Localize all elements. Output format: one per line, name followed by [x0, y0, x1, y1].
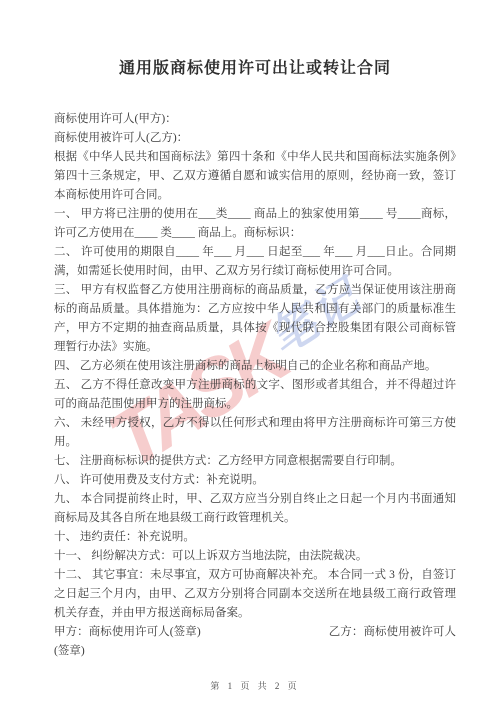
contract-paragraph: 二、 许可使用的期限自____ 年___ 月___ 日起至___ 年___ 月_… [54, 243, 456, 281]
contract-page: TASK笔记 通用版商标使用许可出让或转让合同 商标使用许可人(甲方)：商标使用… [0, 0, 500, 706]
contract-paragraph: 根据《中华人民共和国商标法》第四十条和《中华人民共和国商标法实施条例》第四十三条… [54, 148, 456, 205]
contract-paragraph: 商标使用被许可人(乙方)： [54, 129, 456, 148]
page-number: 第 1 页 共 2 页 [54, 679, 456, 692]
contract-content: 通用版商标使用许可出让或转让合同 商标使用许可人(甲方)：商标使用被许可人(乙方… [0, 0, 500, 692]
contract-title: 通用版商标使用许可出让或转让合同 [54, 56, 456, 82]
contract-paragraph: 四、 乙方必须在使用该注册商标的商品上标明自己的企业名称和商品产地。 [54, 357, 456, 376]
contract-paragraph: 商标使用许可人(甲方)： [54, 110, 456, 129]
contract-body: 商标使用许可人(甲方)：商标使用被许可人(乙方)：根据《中华人民共和国商标法》第… [54, 110, 456, 623]
contract-paragraph: 十、 违约责任：补充说明。 [54, 528, 456, 547]
contract-paragraph: 七、 注册商标标识的提供方式：乙方经甲方同意根据需要自行印制。 [54, 452, 456, 471]
signature-row: 甲方：商标使用许可人(签章)乙方：商标使用被许可人(签章) [54, 623, 456, 661]
contract-paragraph: 十二、 其它事宜：未尽事宜，双方可协商解决补充。 本合同一式 3 份，自签订之日… [54, 566, 456, 623]
contract-paragraph: 五、 乙方不得任意改变甲方注册商标的文字、图形或者其组合，并不得超过许可的商品范… [54, 376, 456, 414]
contract-paragraph: 九、 本合同提前终止时，甲、乙双方应当分别自终止之日起一个月内书面通知商标局及其… [54, 490, 456, 528]
contract-paragraph: 六、 未经甲方授权，乙方不得以任何形式和理由将甲方注册商标许可第三方使用。 [54, 414, 456, 452]
contract-paragraph: 八、 许可使用费及支付方式：补充说明。 [54, 471, 456, 490]
contract-paragraph: 一、 甲方将已注册的使用在___类____ 商品上的独家使用第____ 号___… [54, 205, 456, 243]
contract-paragraph: 十一、 纠纷解决方式：可以上诉双方当地法院，由法院裁决。 [54, 547, 456, 566]
contract-paragraph: 三、 甲方有权监督乙方使用注册商标的商品质量，乙方应当保证使用该注册商标的商品质… [54, 281, 456, 357]
party-a-signature: 甲方：商标使用许可人(签章) [54, 626, 201, 638]
